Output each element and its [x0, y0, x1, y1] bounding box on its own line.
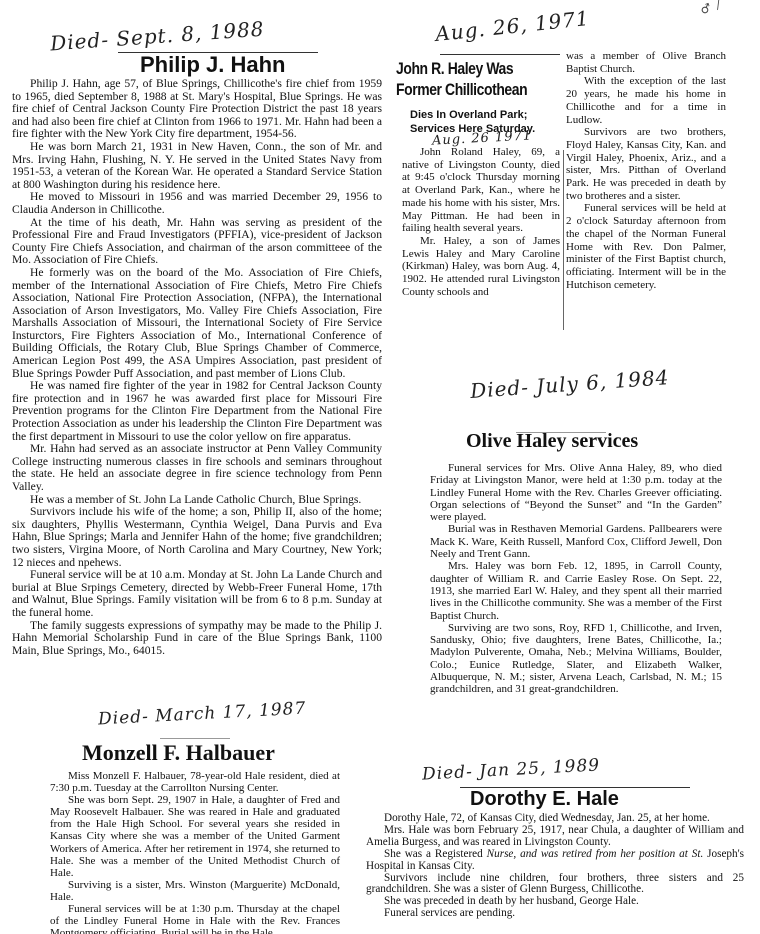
obituary-body: Miss Monzell F. Halbauer, 78-year-old Ha… [50, 770, 340, 934]
paragraph: Survivors are two brothers, Floyd Haley,… [566, 126, 726, 202]
paragraph: was a member of Olive Branch Baptist Chu… [566, 50, 726, 75]
paragraph: The family suggests expressions of sympa… [12, 620, 382, 658]
corner-pencil-mark: ♂ / [698, 0, 723, 17]
paragraph: Mrs. Haley was born Feb. 12, 1895, in Ca… [430, 560, 722, 621]
paragraph: Mr. Haley, a son of James Lewis Haley an… [402, 235, 560, 299]
paragraph: Funeral services will be at 1:30 p.m. Th… [50, 903, 340, 934]
paragraph: He moved to Missouri in 1956 and was mar… [12, 191, 382, 216]
obituary-headline: Monzell F. Halbauer [82, 740, 275, 766]
paragraph: She was a Registered Nurse, and was reti… [366, 849, 744, 873]
paragraph: With the exception of the last 20 years,… [566, 75, 726, 126]
obituary-headline: Dorothy E. Hale [470, 788, 619, 811]
paragraph: She was born Sept. 29, 1907 in Hale, a d… [50, 794, 340, 879]
paragraph: Funeral service will be at 10 a.m. Monda… [12, 569, 382, 619]
obituary-headline: Olive Haley services [466, 430, 638, 453]
handwritten-death-date: Died- Sept. 8, 1988 [49, 17, 265, 56]
divider [440, 54, 560, 55]
paragraph: Surviving is a sister, Mrs. Winston (Mar… [50, 879, 340, 903]
paragraph: At the time of his death, Mr. Hahn was s… [12, 217, 382, 267]
paragraph: He was named fire fighter of the year in… [12, 380, 382, 443]
obituary-body: Funeral services for Mrs. Olive Anna Hal… [430, 462, 722, 696]
obituary-column-2: was a member of Olive Branch Baptist Chu… [566, 50, 726, 291]
paragraph: Philip J. Hahn, age 57, of Blue Springs,… [12, 78, 382, 141]
paragraph: Survivors include his wife of the home; … [12, 506, 382, 569]
paragraph: Surviving are two sons, Roy, RFD 1, Chil… [430, 622, 722, 696]
subheadline-line: Dies In Overland Park; [410, 108, 535, 122]
obituary-body: Dorothy Hale, 72, of Kansas City, died W… [366, 813, 744, 920]
handwritten-death-date: Died- March 17, 1987 [98, 699, 307, 730]
paragraph: Burial was in Resthaven Memorial Gardens… [430, 523, 722, 560]
paragraph: John Roland Haley, 69, a native of Livin… [402, 146, 560, 235]
column-divider [563, 150, 564, 330]
obituary-column-1: John Roland Haley, 69, a native of Livin… [402, 146, 560, 298]
paragraph: Mr. Hahn had served as an associate inst… [12, 443, 382, 493]
paragraph: Funeral services will be held at 2 o'clo… [566, 202, 726, 291]
divider [160, 738, 230, 739]
handwritten-death-date: Died- July 6, 1984 [469, 365, 670, 403]
handwritten-death-date: Aug. 26, 1971 [434, 6, 591, 46]
paragraph: He was born March 21, 1931 in New Haven,… [12, 141, 382, 191]
handwritten-death-date: Died- Jan 25, 1989 [422, 755, 601, 784]
paragraph: He formerly was on the board of the Mo. … [12, 267, 382, 380]
obituary-headline: John R. Haley Was Former Chillicothean [396, 58, 527, 100]
paragraph: Mrs. Hale was born February 25, 1917, ne… [366, 825, 744, 849]
italic-text-run: Nurse, and was retired from her position… [487, 848, 704, 860]
obituary-body: Philip J. Hahn, age 57, of Blue Springs,… [12, 78, 382, 657]
paragraph: Funeral services are pending. [366, 908, 744, 920]
obituary-headline: Philip J. Hahn [140, 52, 285, 78]
paragraph: Survivors include nine children, four br… [366, 873, 744, 897]
paragraph: Funeral services for Mrs. Olive Anna Hal… [430, 462, 722, 523]
headline-line: Former Chillicothean [396, 79, 527, 100]
paragraph: Miss Monzell F. Halbauer, 78-year-old Ha… [50, 770, 340, 794]
headline-line: John R. Haley Was [396, 58, 527, 79]
text-run: She was a Registered [384, 848, 487, 860]
